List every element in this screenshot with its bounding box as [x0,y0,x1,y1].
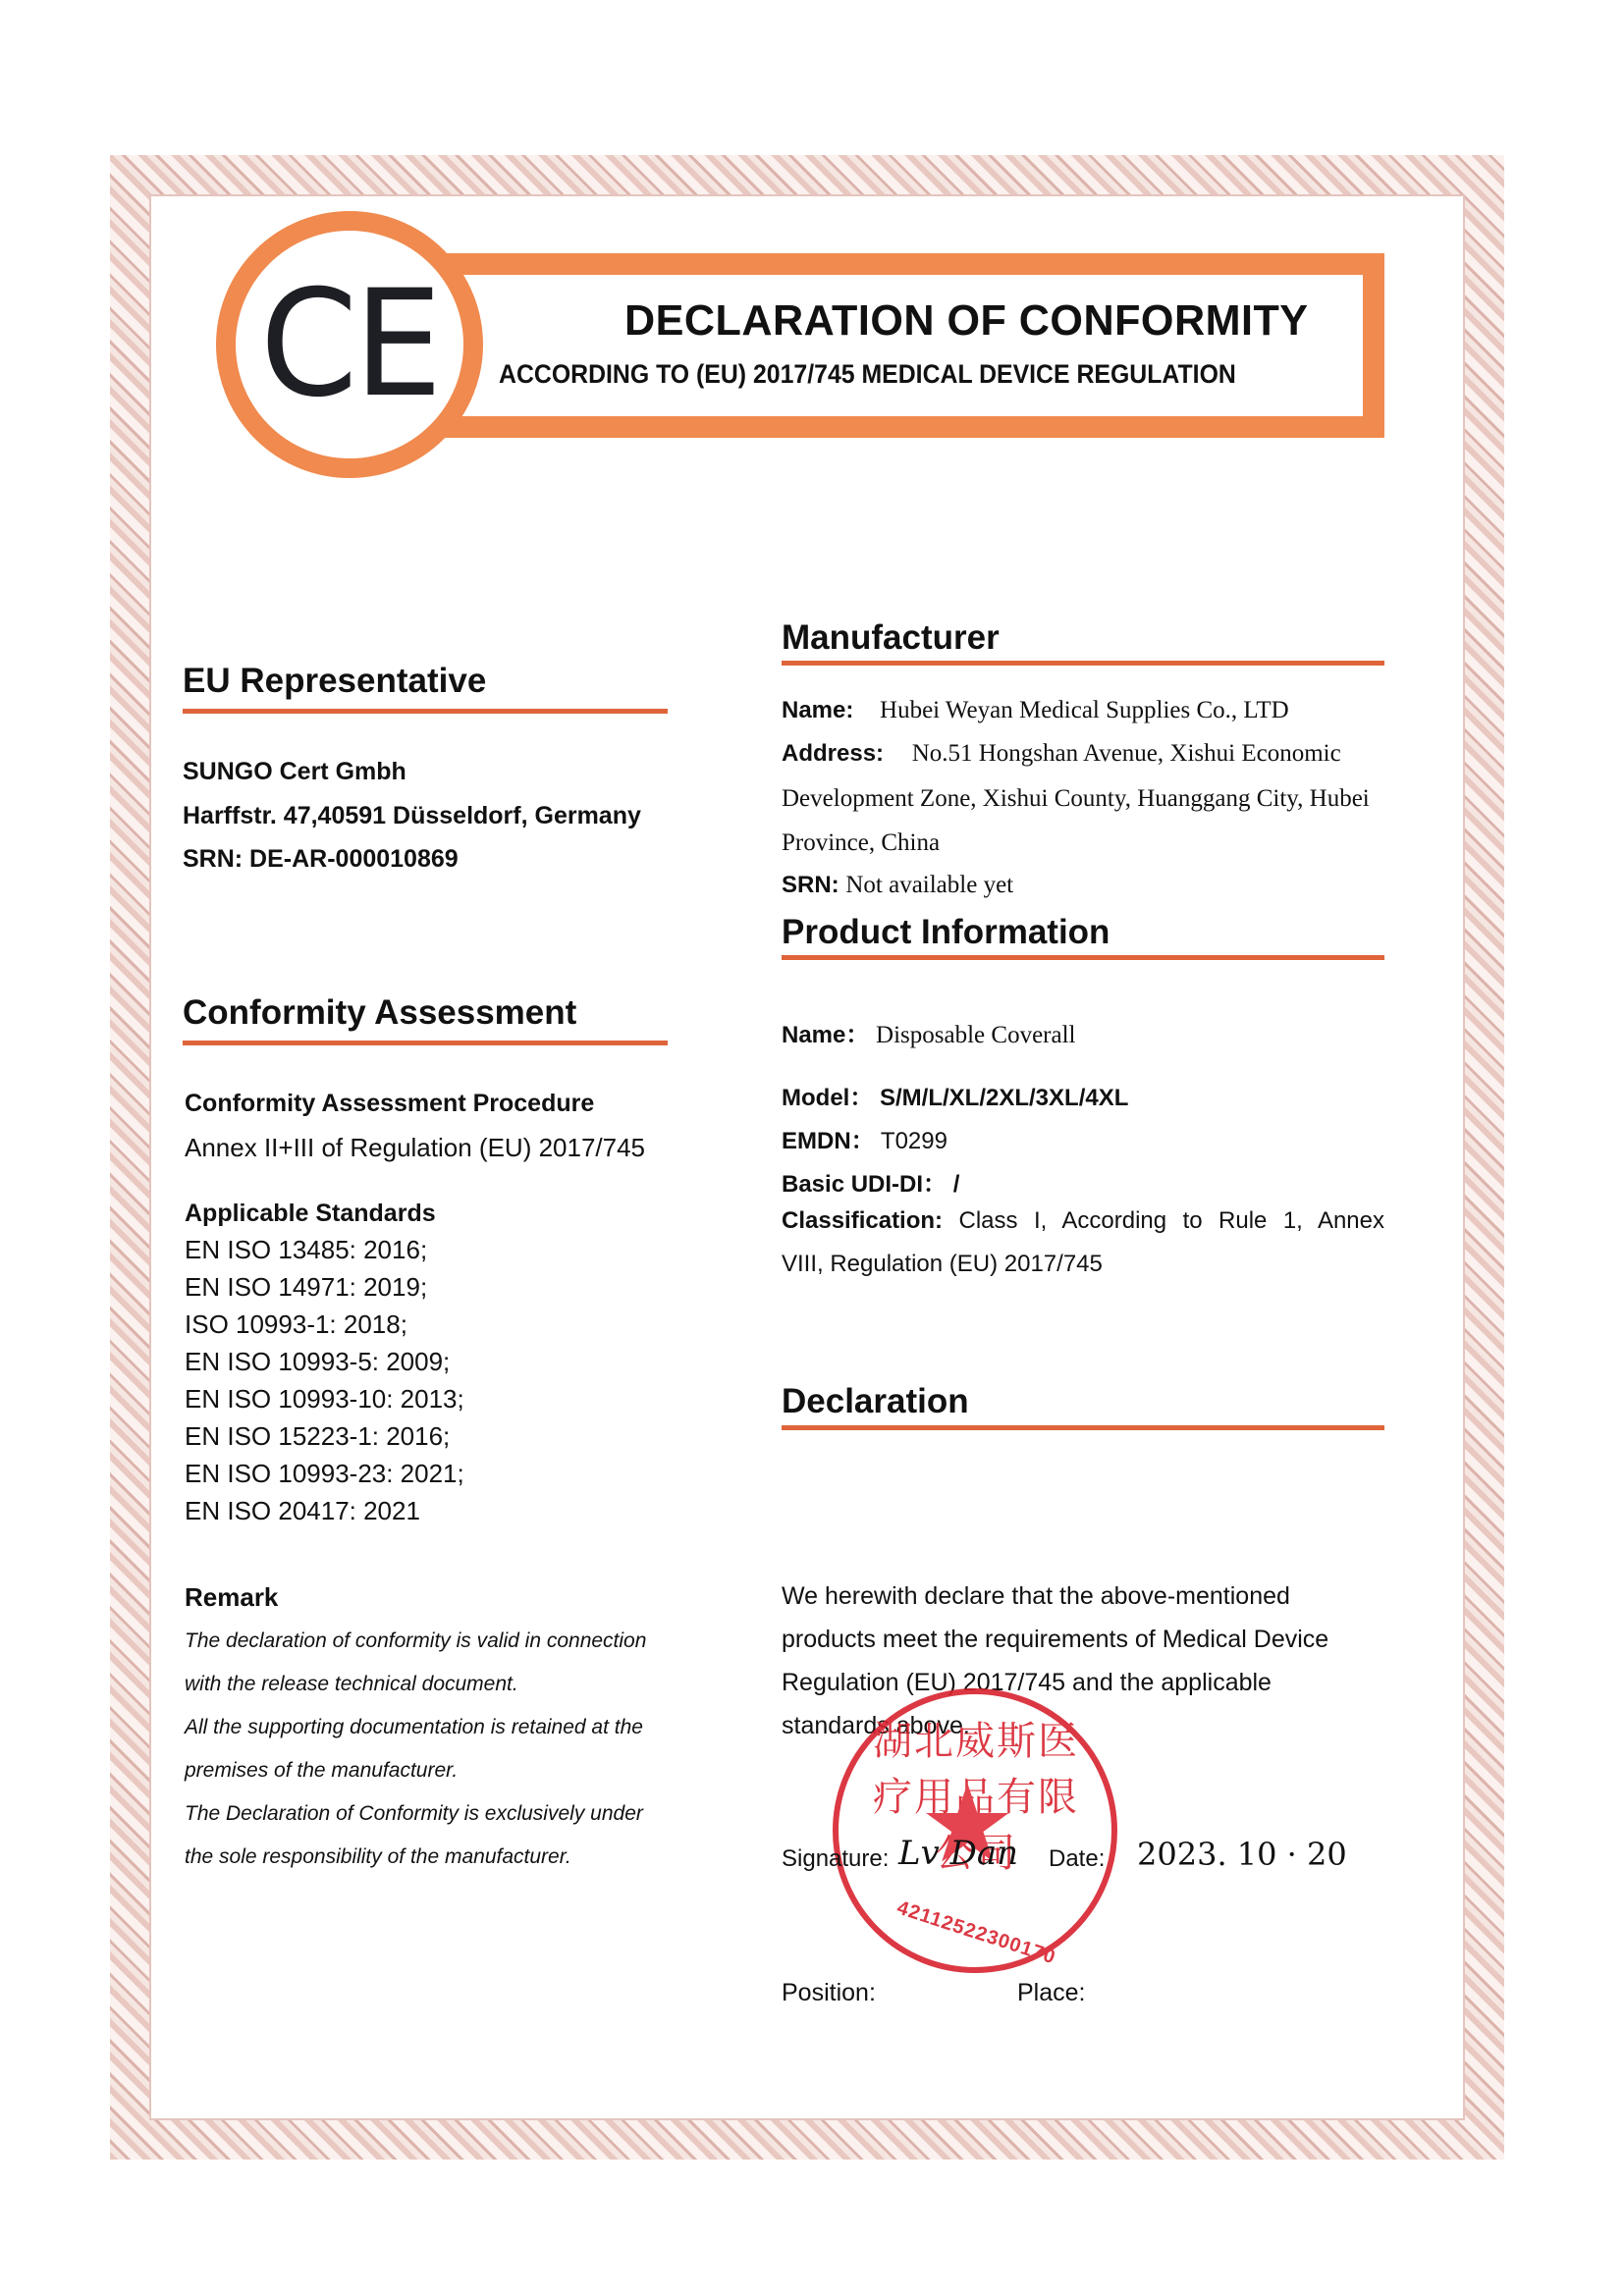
signature-label: Signature: [782,1845,889,1873]
standard-item: EN ISO 10993-23: 2021; [185,1459,464,1489]
declaration-line: products meet the requirements of Medica… [782,1626,1328,1654]
signature-value: Lv Dan [898,1834,1018,1873]
product-classification-row: Classification: Class I, According to Ru… [782,1207,1384,1235]
remark-line: with the release technical document. [185,1673,518,1696]
manufacturer-name-label: Name: [782,697,853,723]
manufacturer-address-row: Address: No.51 Hongshan Avenue, Xishui E… [782,740,1341,768]
product-emdn-value: T0299 [881,1128,947,1154]
declaration-line: We herewith declare that the above-menti… [782,1582,1290,1611]
manufacturer-srn-value: Not available yet [845,872,1013,898]
procedure-value: Annex II+III of Regulation (EU) 2017/745 [185,1133,645,1163]
section-rule [183,709,668,714]
declaration-heading: Declaration [782,1382,969,1421]
seal-number: 42112522300170 [894,1897,1058,1970]
standard-item: EN ISO 15223-1: 2016; [185,1421,450,1452]
eu-representative-heading: EU Representative [183,662,486,701]
manufacturer-address-line2: Development Zone, Xishui County, Huangga… [782,785,1370,813]
date-value: 2023. 10 · 20 [1137,1836,1347,1873]
remark-line: All the supporting documentation is reta… [185,1716,643,1739]
eu-rep-srn: SRN: DE-AR-000010869 [183,845,459,874]
manufacturer-heading: Manufacturer [782,618,1000,658]
document-subtitle: ACCORDING TO (EU) 2017/745 MEDICAL DEVIC… [499,359,1236,390]
product-model-label: Model： [782,1085,873,1111]
ce-logo: CE [216,211,483,478]
document-title: DECLARATION OF CONFORMITY [624,296,1318,346]
title-banner [442,253,1384,438]
product-emdn-label: EMDN： [782,1128,875,1154]
product-classification-line2: VIII, Regulation (EU) 2017/745 [782,1251,1103,1278]
manufacturer-name-row: Name: Hubei Weyan Medical Supplies Co., … [782,697,1289,724]
company-seal: 湖北威斯医疗用品有限公司 ★ 42112522300170 [833,1688,1117,1973]
manufacturer-srn-row: SRN: Not available yet [782,872,1013,899]
manufacturer-srn-label: SRN: [782,872,839,898]
manufacturer-address-label: Address: [782,740,884,767]
product-name-label: Name： [782,1022,869,1048]
declaration-line: Regulation (EU) 2017/745 and the applica… [782,1669,1272,1697]
place-label: Place: [1017,1979,1085,2007]
standard-item: EN ISO 14971: 2019; [185,1272,427,1303]
manufacturer-name-value: Hubei Weyan Medical Supplies Co., LTD [880,697,1289,723]
remark-heading: Remark [185,1582,278,1613]
ce-mark-icon: CE [260,271,439,418]
standard-item: EN ISO 10993-10: 2013; [185,1384,464,1415]
standard-item: EN ISO 10993-5: 2009; [185,1347,450,1377]
section-rule [782,955,1384,960]
manufacturer-address-line1: No.51 Hongshan Avenue, Xishui Economic [912,740,1341,767]
conformity-assessment-heading: Conformity Assessment [183,993,576,1033]
eu-rep-address: Harffstr. 47,40591 Düsseldorf, Germany [183,802,641,830]
product-classification-label: Classification: [782,1207,943,1234]
product-model-value: S/M/L/XL/2XL/3XL/4XL [880,1085,1128,1111]
standard-item: ISO 10993-1: 2018; [185,1309,407,1340]
manufacturer-address-line3: Province, China [782,829,940,857]
product-name-row: Name： Disposable Coverall [782,1015,1075,1049]
standard-item: EN ISO 13485: 2016; [185,1235,427,1265]
product-name-value: Disposable Coverall [876,1022,1075,1048]
procedure-label: Conformity Assessment Procedure [185,1090,594,1118]
standard-item: EN ISO 20417: 2021 [185,1496,420,1526]
standards-label: Applicable Standards [185,1200,436,1228]
product-model-row: Model： S/M/L/XL/2XL/3XL/4XL [782,1078,1128,1112]
remark-line: The Declaration of Conformity is exclusi… [185,1802,643,1826]
section-rule [782,1425,1384,1430]
product-udi-label: Basic UDI-DI： [782,1171,947,1198]
product-udi-row: Basic UDI-DI： / [782,1164,959,1199]
remark-line: The declaration of conformity is valid i… [185,1629,646,1653]
position-label: Position: [782,1979,876,2007]
product-emdn-row: EMDN： T0299 [782,1121,947,1155]
eu-rep-company: SUNGO Cert Gmbh [183,758,406,786]
remark-line: the sole responsibility of the manufactu… [185,1845,571,1869]
product-classification-line1: Class I, According to Rule 1, Annex [959,1207,1385,1234]
remark-line: premises of the manufacturer. [185,1759,458,1783]
date-label: Date: [1049,1845,1105,1873]
product-udi-value: / [953,1171,960,1198]
product-information-heading: Product Information [782,913,1110,952]
section-rule [782,661,1384,666]
section-rule [183,1041,668,1045]
